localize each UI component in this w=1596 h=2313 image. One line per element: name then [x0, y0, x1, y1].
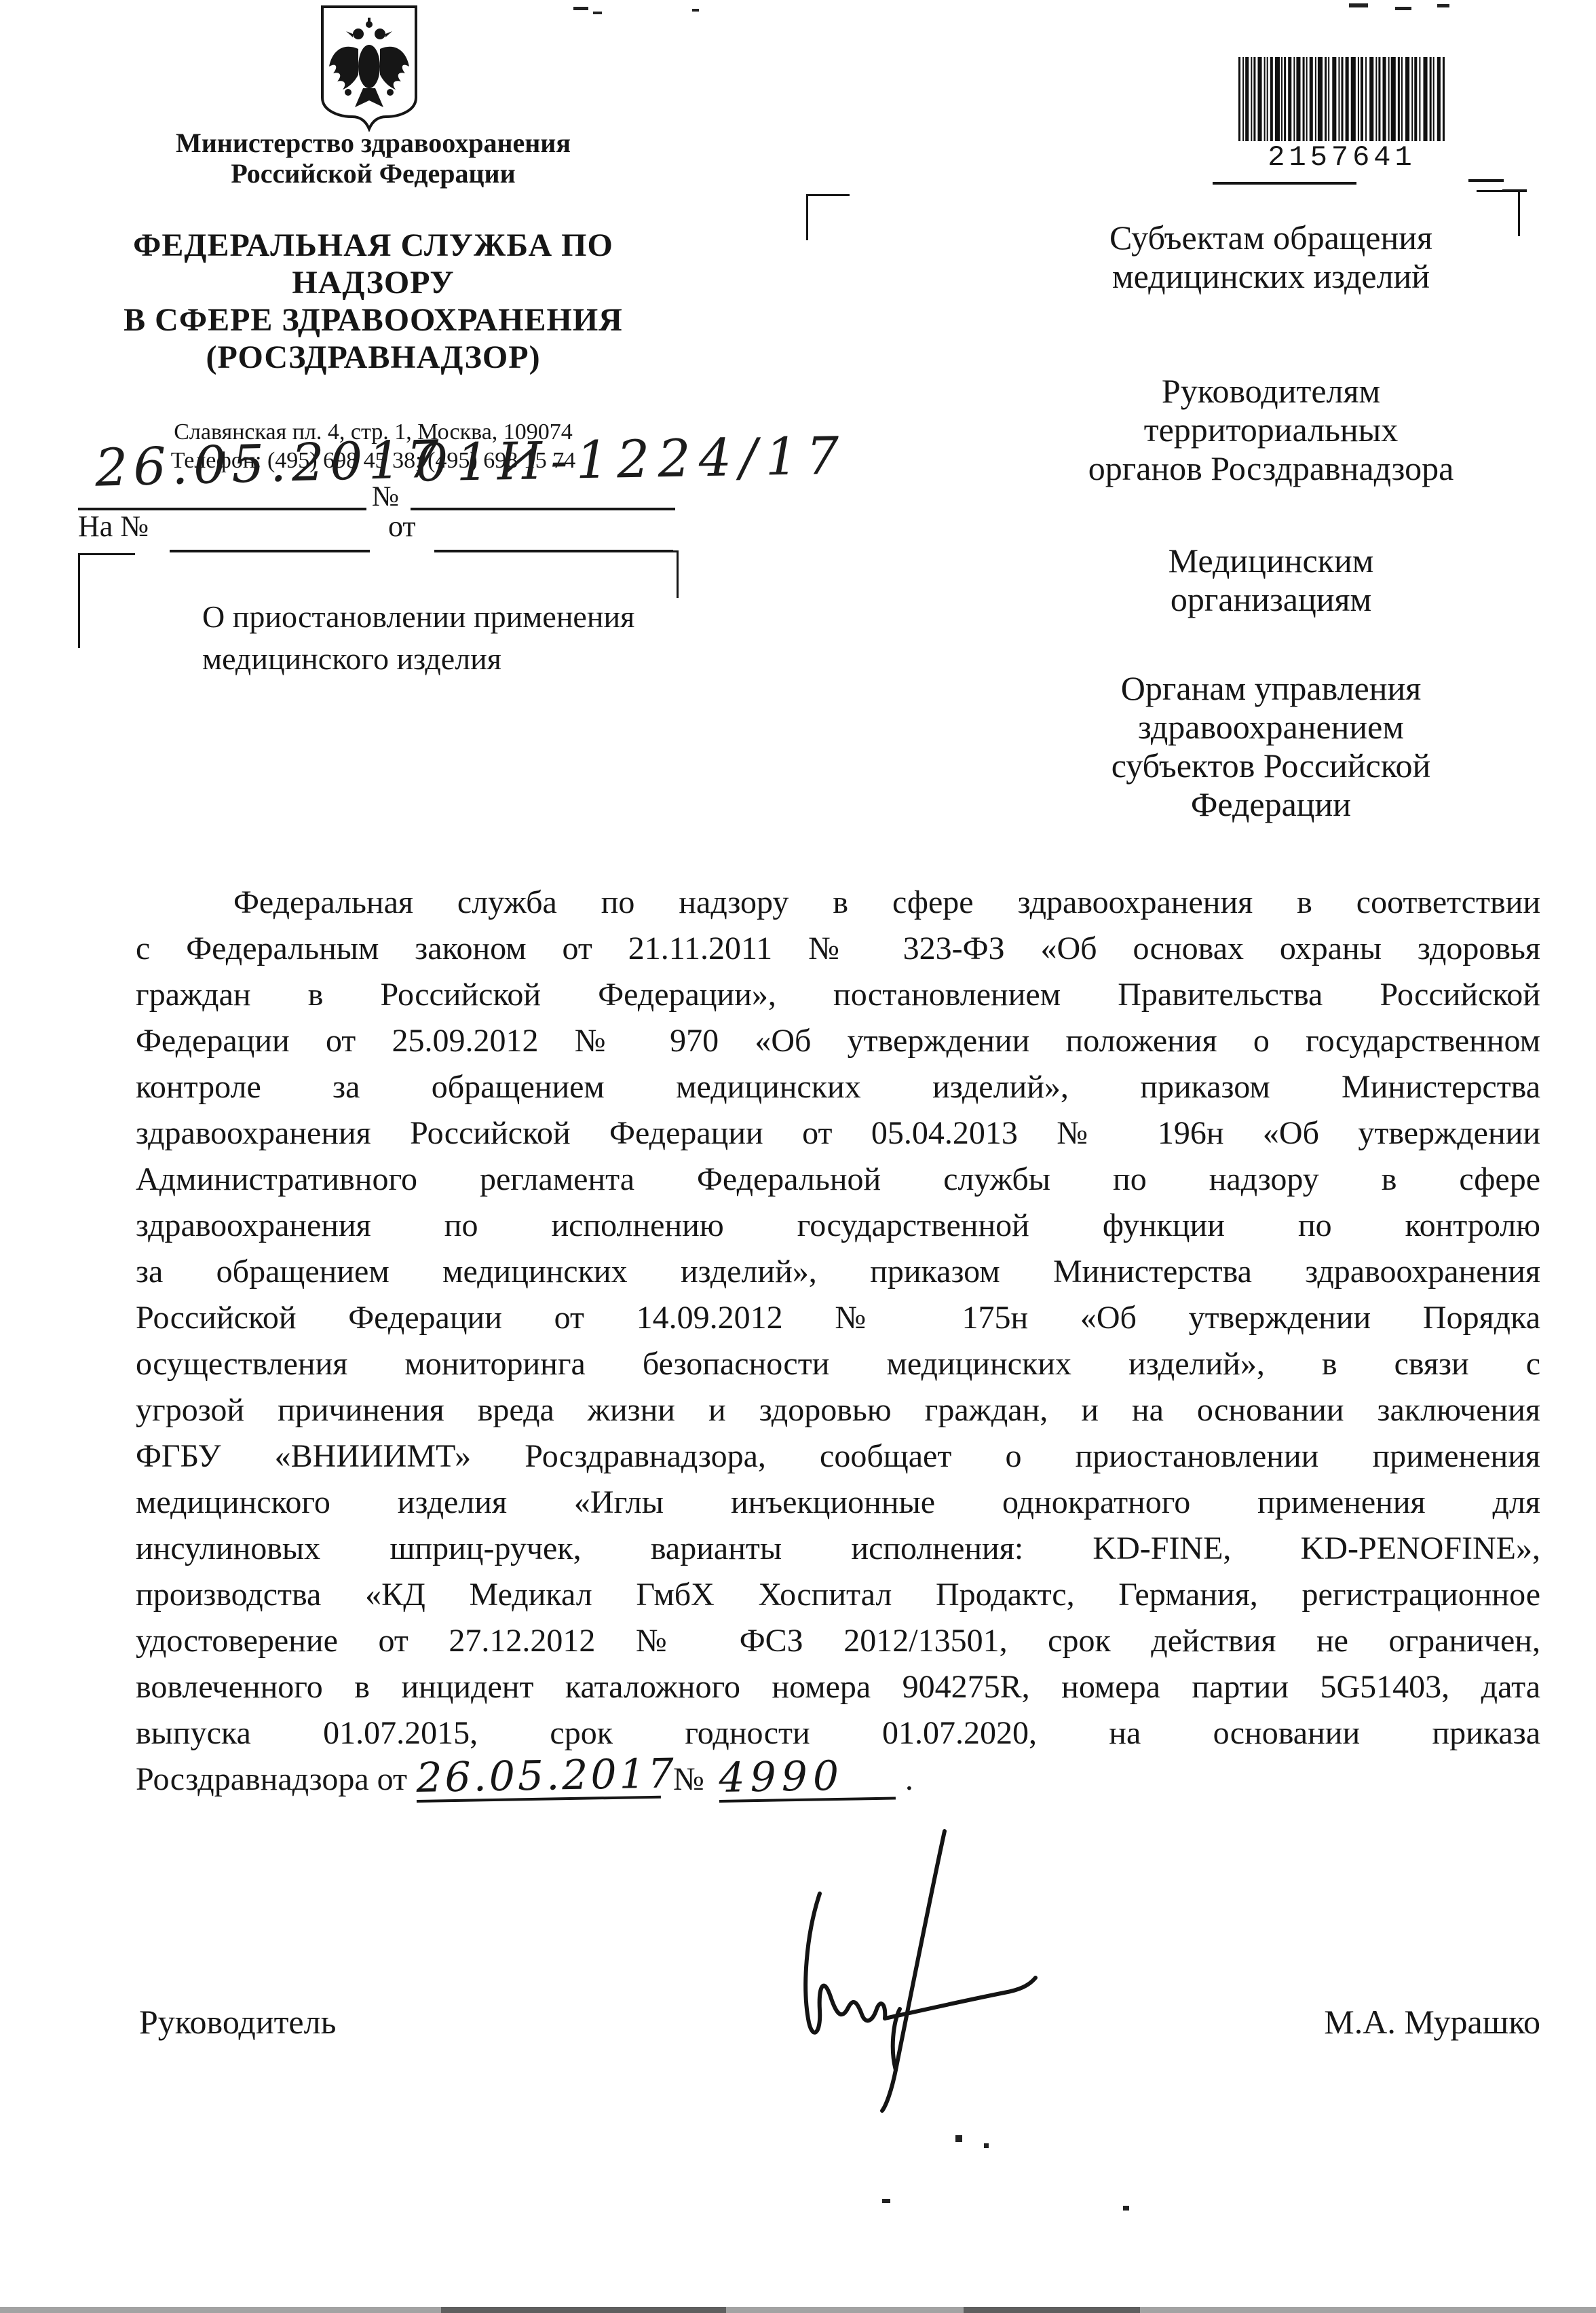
body-line: вовлеченного в инцидент каталожного номе… [136, 1664, 1540, 1710]
body-line: с Федеральным законом от 21.11.2011 № 32… [136, 926, 1540, 972]
order-number-sign: № [673, 1756, 704, 1803]
scan-artifact [1468, 179, 1504, 182]
body-last-line: Росздравнадзора от 26.05.2017 № 4990 . [136, 1756, 1540, 1803]
recipient-line: Органам управления [1011, 669, 1531, 708]
scanned-letter-roszdravnadzor: Министерство здравоохранения Российской … [0, 0, 1596, 2313]
body-line: ФГБУ «ВНИИИМТ» Росздравнадзора, сообщает… [136, 1433, 1540, 1480]
letter-subject: О приостановлении применения медицинског… [202, 596, 634, 680]
body-line: инсулиновых шприц-ручек, варианты исполн… [136, 1526, 1540, 1572]
scan-artifact [573, 7, 588, 10]
last-line-prefix: Росздравнадзора от [136, 1756, 407, 1803]
service-name-line-1: ФЕДЕРАЛЬНАЯ СЛУЖБА ПО НАДЗОРУ [64, 227, 682, 301]
body-line: удостоверение от 27.12.2012 № ФСЗ 2012/1… [136, 1618, 1540, 1664]
body-line: производства «КД Медикал ГмбХ Хоспитал П… [136, 1572, 1540, 1618]
signature-icon [767, 1826, 1079, 2124]
body-line: здравоохранения Российской Федерации от … [136, 1110, 1540, 1156]
order-number-handwritten: 4990 [719, 1753, 896, 1803]
recipient-line: медицинских изделий [1011, 257, 1531, 296]
recipient-line: здравоохранением [1011, 708, 1531, 747]
recipient-line: Руководителям [1011, 372, 1531, 411]
subject-line-1: О приостановлении применения [202, 596, 634, 638]
service-name-line-2: В СФЕРЕ ЗДРАВООХРАНЕНИЯ [64, 301, 682, 339]
scan-edge-band [0, 2307, 1596, 2313]
scan-edge-band-dark [964, 2307, 1140, 2313]
barcode-icon [1238, 57, 1445, 141]
last-line-period: . [905, 1756, 913, 1803]
scan-artifact [1437, 4, 1449, 7]
scan-artifact [955, 2135, 962, 2142]
ministry-line-1: Министерство здравоохранения [64, 128, 682, 158]
subject-corner-mark [78, 553, 80, 648]
recipient-line: территориальных [1011, 411, 1531, 449]
coat-of-arms-icon [316, 4, 423, 132]
recipient-line: субъектов Российской [1011, 747, 1531, 785]
letterhead: Министерство здравоохранения Российской … [64, 128, 682, 475]
barcode-number: 2157641 [1238, 141, 1445, 174]
recipient-group-4: Органам управления здравоохранением субъ… [1011, 669, 1531, 824]
scan-artifact [882, 2199, 890, 2203]
body-line: здравоохранения по исполнению государств… [136, 1203, 1540, 1249]
recipient-group-2: Руководителям территориальных органов Ро… [1011, 372, 1531, 488]
reply-to-label: На № [78, 509, 149, 544]
reply-number-blank [170, 550, 370, 552]
scan-edge-band-dark [441, 2307, 726, 2313]
body-line: Федерации от 25.09.2012 № 970 «Об утверж… [136, 1018, 1540, 1064]
body-line: выпуска 01.07.2015, срок годности 01.07.… [136, 1710, 1540, 1756]
address-corner-mark [806, 194, 808, 240]
service-name-line-3: (РОСЗДРАВНАДЗОР) [64, 339, 682, 376]
scan-artifact [692, 9, 699, 12]
body-line: осуществления мониторинга безопасности м… [136, 1341, 1540, 1387]
recipient-line: Субъектам обращения [1011, 219, 1531, 257]
body-line: граждан в Российской Федерации», постано… [136, 972, 1540, 1018]
scan-artifact [984, 2143, 989, 2148]
address-corner-mark [1477, 190, 1520, 192]
scan-artifact [1349, 3, 1368, 7]
recipient-line: Федерации [1011, 785, 1531, 824]
signer-position: Руководитель [139, 2002, 336, 2042]
outgoing-number-handwritten: 01И-1224/17 [415, 425, 848, 493]
scan-artifact [1123, 2206, 1129, 2211]
body-line: контроле за обращением медицинских издел… [136, 1064, 1540, 1110]
body-line: Федеральная служба по надзору в сфере зд… [136, 880, 1540, 926]
subject-corner-mark [624, 550, 679, 552]
recipient-group-3: Медицинским организациям [1011, 542, 1531, 619]
body-line: угрозой причинения вреда жизни и здоровь… [136, 1387, 1540, 1433]
order-date-handwritten: 26.05.2017 [416, 1752, 661, 1803]
signer-name: М.А. Мурашко [1289, 2002, 1540, 2042]
scan-artifact [593, 12, 602, 14]
recipient-line: организациям [1011, 580, 1531, 619]
recipient-line: Медицинским [1011, 542, 1531, 580]
body-line: медицинского изделия «Иглы инъекционные … [136, 1480, 1540, 1526]
subject-corner-mark [677, 550, 679, 598]
body-line: Российской Федерации от 14.09.2012 № 175… [136, 1295, 1540, 1341]
subject-corner-mark [78, 553, 135, 555]
body-line: Административного регламента Федеральной… [136, 1156, 1540, 1203]
number-underline [411, 508, 675, 510]
recipient-group-1: Субъектам обращения медицинских изделий [1011, 219, 1531, 296]
address-corner-mark [806, 194, 850, 196]
rule-under-barcode [1213, 182, 1356, 185]
ministry-line-2: Российской Федерации [64, 158, 682, 189]
body-line: за обращением медицинских изделий», прик… [136, 1249, 1540, 1295]
number-sign-label: № [372, 481, 399, 513]
reply-from-label: от [388, 509, 416, 544]
subject-line-2: медицинского изделия [202, 638, 634, 680]
recipient-line: органов Росздравнадзора [1011, 449, 1531, 488]
letter-body: Федеральная служба по надзору в сфере зд… [136, 880, 1540, 1803]
scan-artifact [1395, 7, 1411, 10]
